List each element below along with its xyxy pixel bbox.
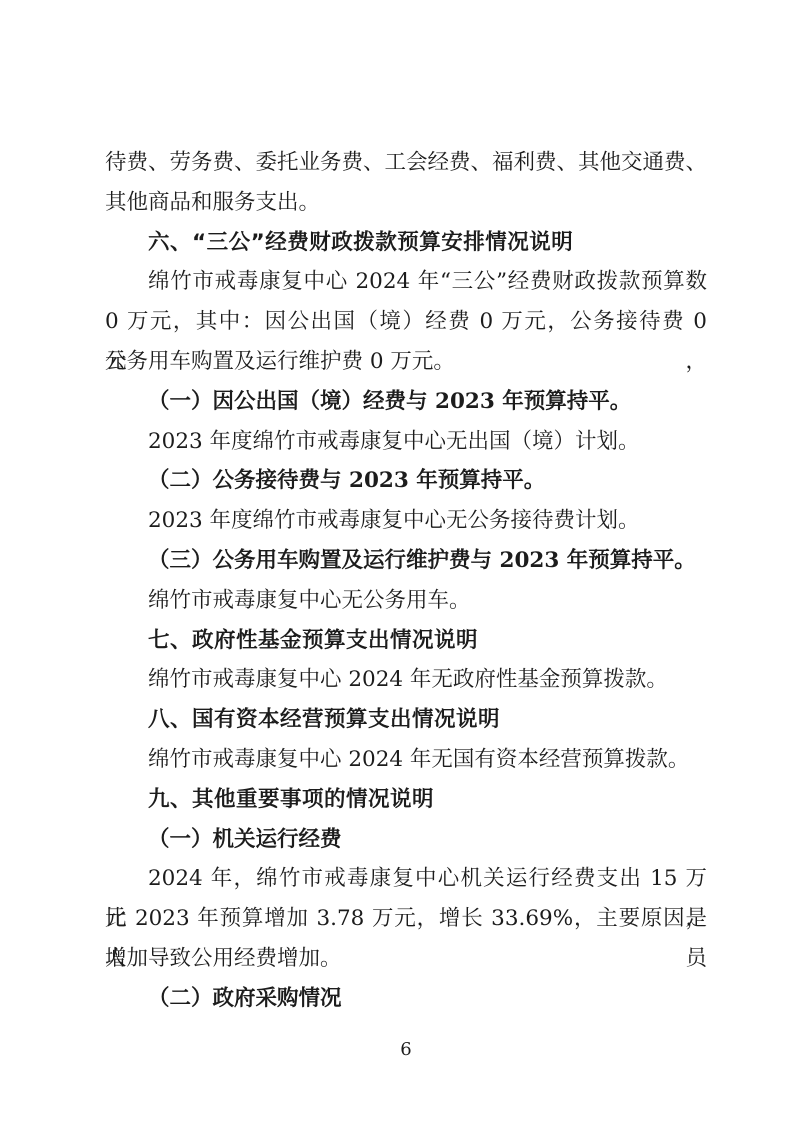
para-sangong-budget-line-1: 绵竹市戒毒康复中心 2024 年“三公”经费财政拨款预算数 (105, 262, 707, 302)
para-official-reception-note: 2023 年度绵竹市戒毒康复中心无公务接待费计划。 (105, 501, 707, 541)
heading-section-seven: 七、政府性基金预算支出情况说明 (105, 621, 707, 661)
page-number: 6 (400, 1039, 411, 1060)
para-sangong-budget-line-2: 0 万元，其中：因公出国（境）经费 0 万元，公务接待费 0 元， (105, 302, 707, 342)
para-govt-fund-note: 绵竹市戒毒康复中心 2024 年无政府性基金预算拨款。 (105, 660, 707, 700)
heading-official-vehicles: （三）公务用车购置及运行维护费与 2023 年预算持平。 (105, 541, 707, 581)
para-state-capital-note: 绵竹市戒毒康复中心 2024 年无国有资本经营预算拨款。 (105, 740, 707, 780)
para-service-fees-line-1: 待费、劳务费、委托业务费、工会经费、福利费、其他交通费、 (105, 143, 707, 183)
heading-abroad-funds: （一）因公出国（境）经费与 2023 年预算持平。 (105, 382, 707, 422)
para-agency-operating-line-1: 2024 年，绵竹市戒毒康复中心机关运行经费支出 15 万元， (105, 859, 707, 899)
heading-section-eight: 八、国有资本经营预算支出情况说明 (105, 700, 707, 740)
heading-official-reception: （二）公务接待费与 2023 年预算持平。 (105, 461, 707, 501)
document-body: 待费、劳务费、委托业务费、工会经费、福利费、其他交通费、 其他商品和服务支出。 … (105, 143, 707, 1019)
heading-agency-operating-costs: （一）机关运行经费 (105, 820, 707, 860)
page-footer: 6 (105, 1039, 707, 1061)
heading-govt-procurement: （二）政府采购情况 (105, 979, 707, 1019)
para-service-fees-line-2: 其他商品和服务支出。 (105, 183, 707, 223)
para-official-vehicles-note: 绵竹市戒毒康复中心无公务用车。 (105, 581, 707, 621)
heading-section-nine: 九、其他重要事项的情况说明 (105, 780, 707, 820)
document-page: 待费、劳务费、委托业务费、工会经费、福利费、其他交通费、 其他商品和服务支出。 … (0, 0, 793, 1122)
heading-section-six: 六、“三公”经费财政拨款预算安排情况说明 (105, 223, 707, 263)
para-agency-operating-line-2: 比 2023 年预算增加 3.78 万元，增长 33.69%，主要原因是人员 (105, 899, 707, 939)
para-abroad-funds-note: 2023 年度绵竹市戒毒康复中心无出国（境）计划。 (105, 422, 707, 462)
